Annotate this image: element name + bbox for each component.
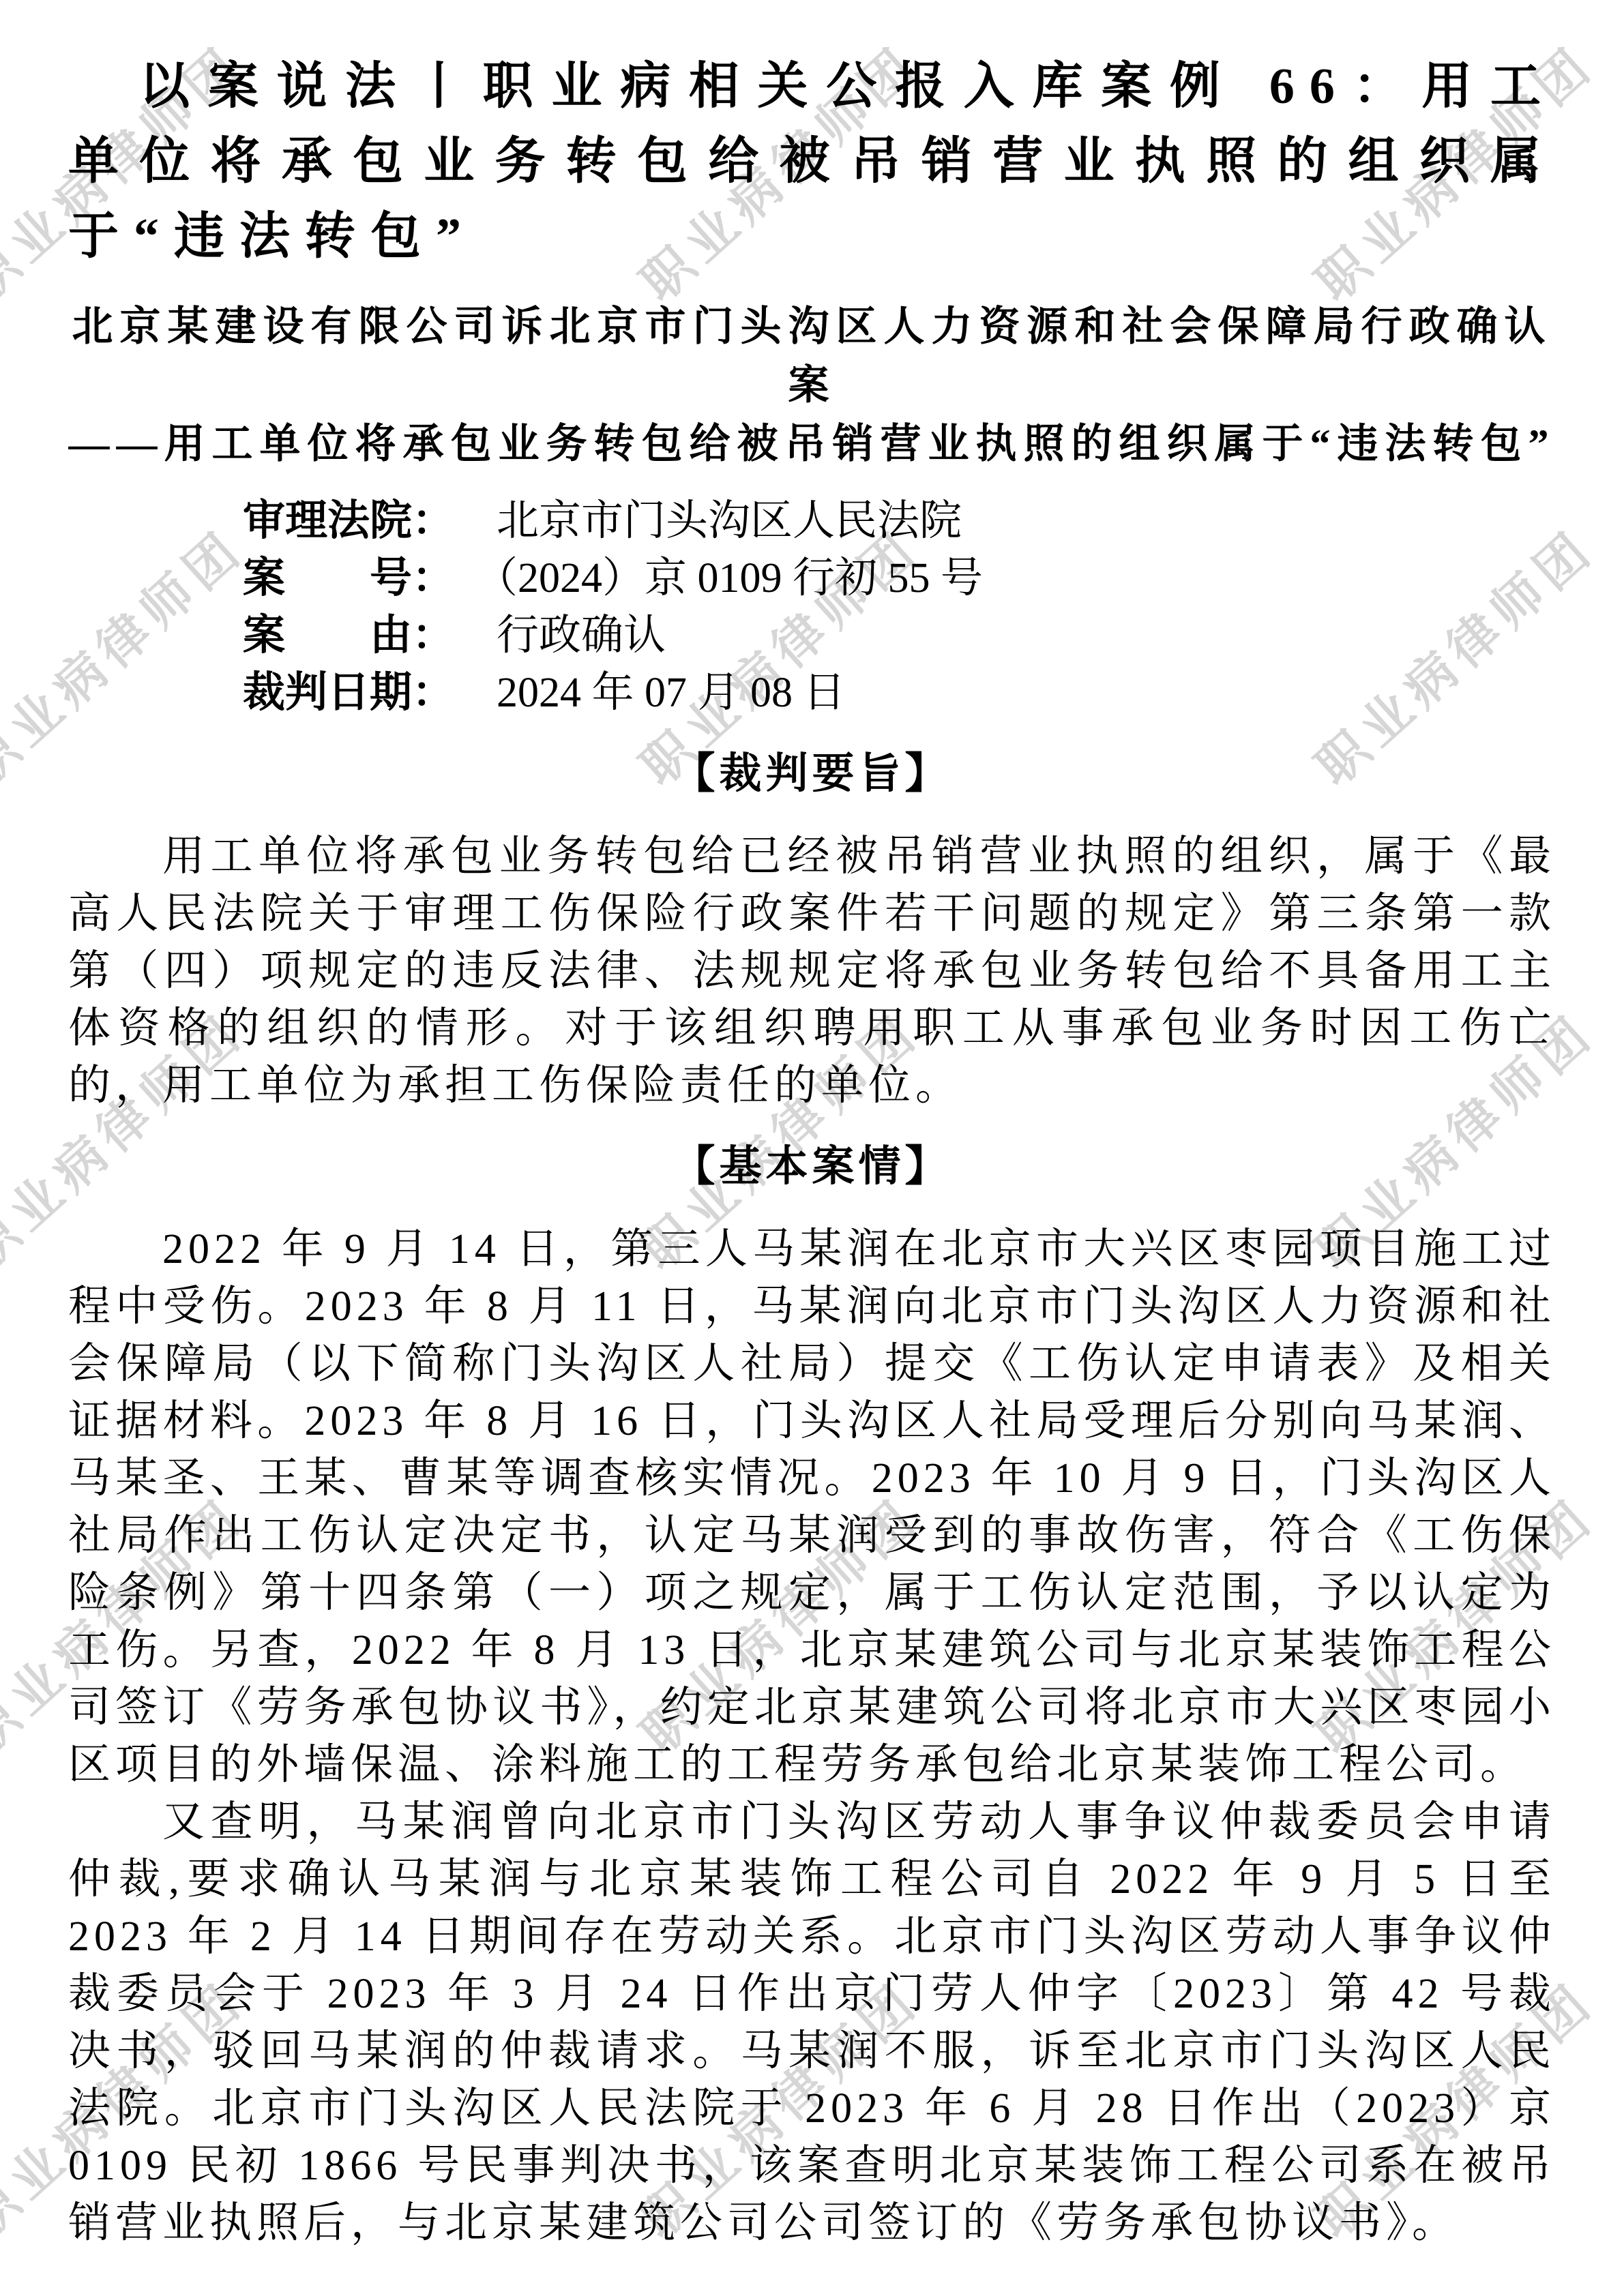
- document-page: { "doc": { "title": "以案说法丨职业病相关公报入库案例 66…: [0, 0, 1624, 2296]
- meta-value-cause: 行政确认: [497, 612, 666, 659]
- section-heading-holding: 【裁判要旨】: [68, 745, 1556, 803]
- holding-subtitle: ——用工单位将承包业务转包给被吊销营业执照的组织属于“违法转包”: [68, 415, 1556, 473]
- meta-value-court: 北京市门头沟区人民法院: [497, 498, 962, 544]
- document-title: 以案说法丨职业病相关公报入库案例 66：用工单位将承包业务转包给被吊销营业执照的…: [68, 49, 1556, 274]
- holding-paragraph: 用工单位将承包业务转包给已经被吊销营业执照的组织，属于《最高人民法院关于审理工伤…: [68, 828, 1556, 1114]
- meta-value-judgment-date: 2024 年 07 月 08 日: [497, 670, 846, 716]
- document-content: 以案说法丨职业病相关公报入库案例 66：用工单位将承包业务转包给被吊销营业执照的…: [0, 0, 1624, 2252]
- case-metadata: 审理法院：北京市门头沟区人民法院 案 号：（2024）京 0109 行初 55 …: [68, 492, 1556, 721]
- meta-row-court: 审理法院：北京市门头沟区人民法院: [68, 492, 1556, 550]
- meta-value-case-number: （2024）京 0109 行初 55 号: [497, 555, 983, 601]
- meta-label-judgment-date: 裁判日期：: [243, 670, 454, 716]
- section-heading-facts: 【基本案情】: [68, 1137, 1556, 1196]
- meta-row-cause: 案 由：行政确认: [68, 607, 1556, 664]
- case-name-subtitle: 北京某建设有限公司诉北京市门头沟区人力资源和社会保障局行政确认案: [68, 297, 1556, 415]
- meta-row-judgment-date: 裁判日期：2024 年 07 月 08 日: [68, 664, 1556, 721]
- meta-label-case-number: 案 号：: [243, 555, 454, 601]
- meta-label-cause: 案 由：: [243, 612, 454, 659]
- meta-label-court: 审理法院：: [243, 498, 454, 544]
- facts-paragraph-1: 2022 年 9 月 14 日，第三人马某润在北京市大兴区枣园项目施工过程中受伤…: [68, 1221, 1556, 1793]
- facts-paragraph-2: 又查明，马某润曾向北京市门头沟区劳动人事争议仲裁委员会申请仲裁,要求确认马某润与…: [68, 1793, 1556, 2252]
- meta-row-case-number: 案 号：（2024）京 0109 行初 55 号: [68, 550, 1556, 607]
